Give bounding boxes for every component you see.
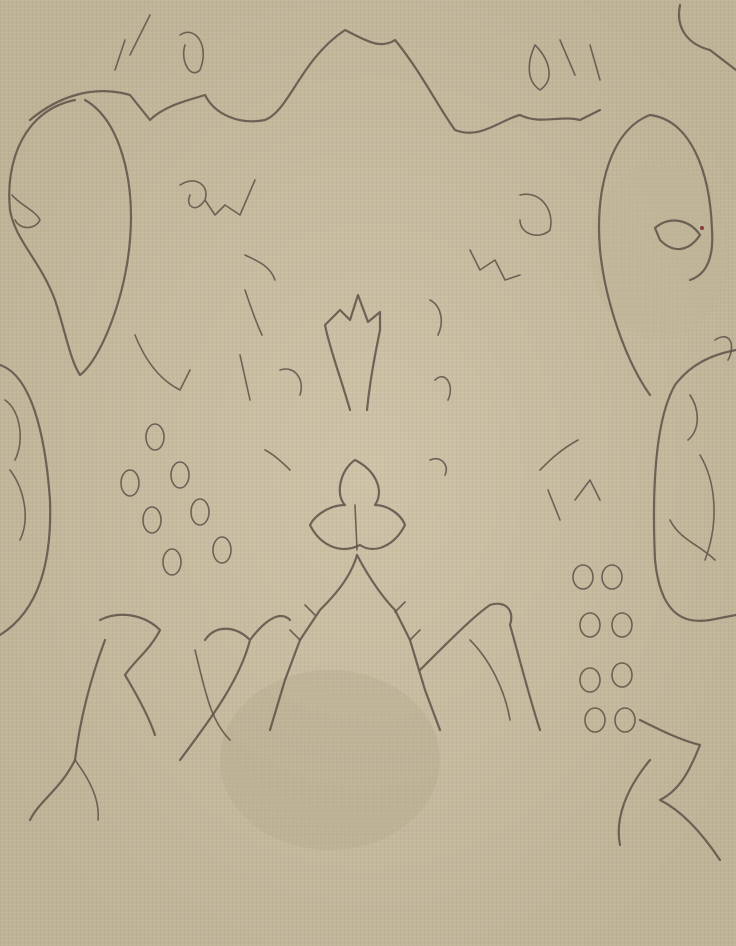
rug-pattern — [0, 0, 736, 946]
rug-photo — [0, 0, 736, 946]
